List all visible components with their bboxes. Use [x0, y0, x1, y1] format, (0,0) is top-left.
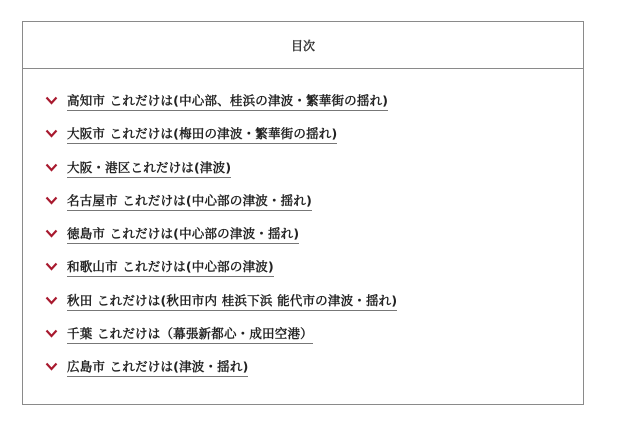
- chevron-down-icon: [45, 327, 58, 340]
- chevron-down-icon: [45, 194, 58, 207]
- toc-item[interactable]: 名古屋市 これだけは(中心部の津波・揺れ): [45, 193, 583, 226]
- toc-link-wakayama[interactable]: 和歌山市 これだけは(中心部の津波): [67, 259, 274, 277]
- toc-link-osaka[interactable]: 大阪市 これだけは(梅田の津波・繁華街の揺れ): [67, 126, 337, 144]
- toc-item[interactable]: 広島市 これだけは(津波・揺れ): [45, 359, 583, 392]
- chevron-down-icon: [45, 294, 58, 307]
- toc-link-nagoya[interactable]: 名古屋市 これだけは(中心部の津波・揺れ): [67, 193, 312, 211]
- toc-list: 高知市 これだけは(中心部、桂浜の津波・繁華街の揺れ) 大阪市 これだけは(梅田…: [23, 69, 583, 393]
- chevron-down-icon: [45, 260, 58, 273]
- toc-item[interactable]: 千葉 これだけは（幕張新都心・成田空港）: [45, 326, 583, 359]
- toc-item[interactable]: 大阪市 これだけは(梅田の津波・繁華街の揺れ): [45, 126, 583, 159]
- chevron-down-icon: [45, 94, 58, 107]
- table-of-contents: 目次 高知市 これだけは(中心部、桂浜の津波・繁華街の揺れ) 大阪市 これだけは…: [22, 21, 584, 405]
- chevron-down-icon: [45, 227, 58, 240]
- toc-link-kochi[interactable]: 高知市 これだけは(中心部、桂浜の津波・繁華街の揺れ): [67, 93, 388, 111]
- toc-link-chiba[interactable]: 千葉 これだけは（幕張新都心・成田空港）: [67, 326, 313, 344]
- chevron-down-icon: [45, 127, 58, 140]
- toc-item[interactable]: 高知市 これだけは(中心部、桂浜の津波・繁華街の揺れ): [45, 93, 583, 126]
- toc-title: 目次: [23, 22, 583, 69]
- chevron-down-icon: [45, 360, 58, 373]
- toc-item[interactable]: 和歌山市 これだけは(中心部の津波): [45, 259, 583, 292]
- toc-link-osaka-minato[interactable]: 大阪・港区これだけは(津波): [67, 160, 231, 178]
- toc-item[interactable]: 徳島市 これだけは(中心部の津波・揺れ): [45, 226, 583, 259]
- toc-item[interactable]: 秋田 これだけは(秋田市内 桂浜下浜 能代市の津波・揺れ): [45, 293, 583, 326]
- chevron-down-icon: [45, 161, 58, 174]
- toc-item[interactable]: 大阪・港区これだけは(津波): [45, 160, 583, 193]
- toc-link-hiroshima[interactable]: 広島市 これだけは(津波・揺れ): [67, 359, 248, 377]
- toc-link-tokushima[interactable]: 徳島市 これだけは(中心部の津波・揺れ): [67, 226, 299, 244]
- toc-link-akita[interactable]: 秋田 これだけは(秋田市内 桂浜下浜 能代市の津波・揺れ): [67, 293, 397, 311]
